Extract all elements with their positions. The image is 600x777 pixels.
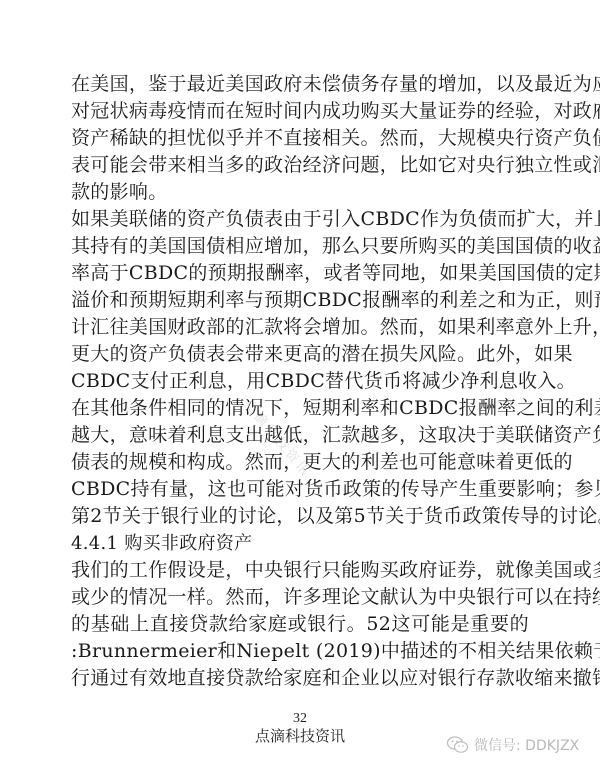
text-line: 第2节关于银行业的讨论，以及第5节关于货币政策传导的讨论。 <box>71 503 529 530</box>
text-line: :Brunnermeier和Niepelt (2019)中描述的不相关结果依赖于… <box>71 638 529 665</box>
wechat-icon <box>446 735 470 755</box>
text-line: 或少的情况一样。然而，许多理论文献认为中央银行可以在持续 <box>71 584 529 611</box>
text-line: CBDC持有量，这也可能对货币政策的传导产生重要影响；参见 <box>71 476 529 503</box>
wechat-watermark: 微信号: DDKJZX <box>446 735 579 755</box>
text-line: 更大的资产负债表会带来更高的潜在损失风险。此外，如果 <box>71 341 529 368</box>
text-line: 在美国，鉴于最近美国政府未偿债务存量的增加，以及最近为应 <box>71 71 529 98</box>
text-line: 行通过有效地直接贷款给家庭和企业以应对银行存款收缩来撤销 <box>71 665 529 692</box>
wechat-id-label: 微信号: DDKJZX <box>474 735 579 755</box>
text-line: 的基础上直接贷款给家庭或银行。52这可能是重要的 <box>71 611 529 638</box>
text-line: 我们的工作假设是，中央银行只能购买政府证券，就像美国或多 <box>71 557 529 584</box>
text-line: 溢价和预期短期利率与预期CBDC报酬率的利差之和为正，则预 <box>71 287 529 314</box>
text-line: 其持有的美国国债相应增加，那么只要所购买的美国国债的收益 <box>71 233 529 260</box>
text-line: 资产稀缺的担忧似乎并不直接相关。然而，大规模央行资产负债 <box>71 125 529 152</box>
text-line: 表可能会带来相当多的政治经济问题，比如它对央行独立性或汇 <box>71 152 529 179</box>
page-number: 32 <box>0 711 600 727</box>
text-line: 如果美联储的资产负债表由于引入CBDC作为负债而扩大，并且 <box>71 206 529 233</box>
document-page: 在美国，鉴于最近美国政府未偿债务存量的增加，以及最近为应 对冠状病毒疫情而在短时… <box>0 0 600 777</box>
text-line: 率高于CBDC的预期报酬率，或者等同地，如果美国国债的定期 <box>71 260 529 287</box>
text-line: CBDC支付正利息，用CBDC替代货币将减少净利息收入。 <box>71 368 529 395</box>
section-heading: 4.4.1 购买非政府资产 <box>71 530 529 557</box>
text-line: 债表的规模和构成。然而，更大的利差也可能意味着更低的 <box>71 449 529 476</box>
text-line: 在其他条件相同的情况下，短期利率和CBDC报酬率之间的利差 <box>71 395 529 422</box>
text-line: 款的影响。 <box>71 179 529 206</box>
text-line: 计汇往美国财政部的汇款将会增加。然而，如果利率意外上升， <box>71 314 529 341</box>
text-line: 对冠状病毒疫情而在短时间内成功购买大量证券的经验，对政府 <box>71 98 529 125</box>
document-body: 在美国，鉴于最近美国政府未偿债务存量的增加，以及最近为应 对冠状病毒疫情而在短时… <box>71 71 529 692</box>
text-line: 越大，意味着利息支出越低，汇款越多，这取决于美联储资产负 <box>71 422 529 449</box>
